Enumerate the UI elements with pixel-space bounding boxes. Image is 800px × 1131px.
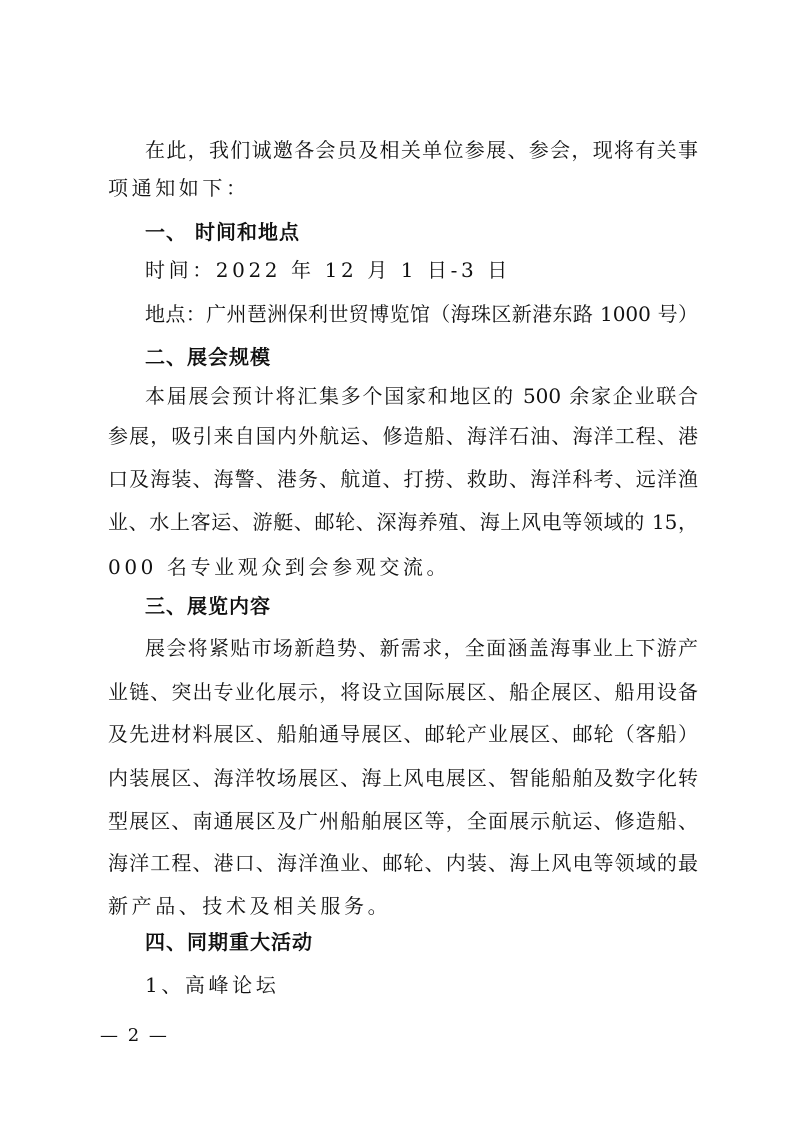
section-heading-scale: 二、展会规模 [145,345,698,369]
event-time: 时间：2022 年 12 月 1 日-3 日 [145,258,698,282]
section-heading-activities: 四、同期重大活动 [145,930,698,954]
paragraph-intro-line-2: 项通知如下： [108,176,698,200]
paragraph-content-line-6: 海洋工程、港口、海洋渔业、邮轮、内装、海上风电等领域的最 [108,851,698,875]
paragraph-content-line-3: 及先进材料展区、船舶通导展区、邮轮产业展区、邮轮（客船） [108,722,698,746]
document-page: 在此，我们诚邀各会员及相关单位参展、参会，现将有关事 项通知如下： 一、 时间和… [0,0,800,1131]
paragraph-scale-line-1: 本届展会预计将汇集多个国家和地区的 500 余家企业联合 [145,384,698,408]
paragraph-content-line-7: 新产品、技术及相关服务。 [108,894,698,918]
paragraph-scale-line-3: 口及海装、海警、港务、航道、打捞、救助、海洋科考、远洋渔 [108,467,698,491]
section-heading-content: 三、展览内容 [145,594,698,618]
section-heading-time-location: 一、 时间和地点 [145,220,698,244]
paragraph-content-line-4: 内装展区、海洋牧场展区、海上风电展区、智能船舶及数字化转 [108,766,698,790]
paragraph-scale-line-4: 业、水上客运、游艇、邮轮、深海养殖、海上风电等领域的 15， [108,510,698,534]
paragraph-scale-line-2: 参展，吸引来自国内外航运、修造船、海洋石油、海洋工程、港 [108,424,698,448]
paragraph-content-line-5: 型展区、南通展区及广州船舶展区等，全面展示航运、修造船、 [108,809,698,833]
paragraph-content-line-2: 业链、突出专业化展示，将设立国际展区、船企展区、船用设备 [108,680,698,704]
event-location: 地点：广州琶洲保利世贸博览馆（海珠区新港东路 1000 号） [145,302,698,326]
page-number: — 2 — [100,1025,169,1046]
paragraph-content-line-1: 展会将紧贴市场新趋势、新需求，全面涵盖海事业上下游产 [145,636,698,660]
subsection-summit-forum: 1、高峰论坛 [145,973,698,997]
paragraph-scale-line-5: 000 名专业观众到会参观交流。 [108,555,698,579]
paragraph-intro-line-1: 在此，我们诚邀各会员及相关单位参展、参会，现将有关事 [145,138,698,162]
